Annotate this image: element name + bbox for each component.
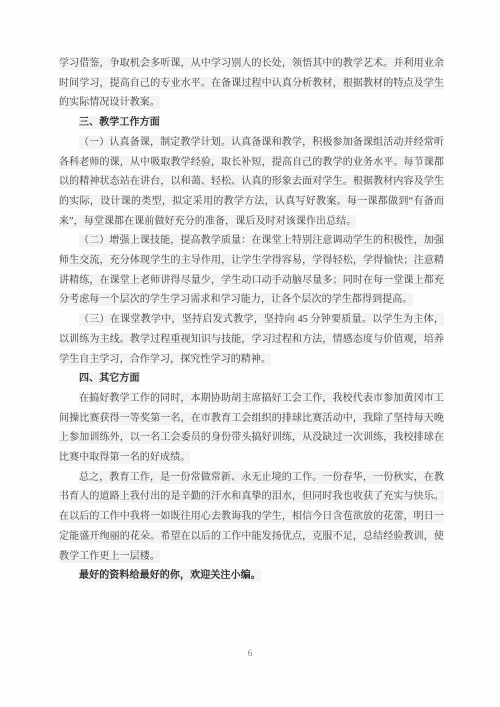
paragraph-union-work: 在搞好教学工作的同时，本期协助胡主席搞好工会工作，我校代表市参加黄冈市工间操比赛…: [59, 389, 444, 468]
paragraph-text: 在搞好教学工作的同时，本期协助胡主席搞好工会工作，我校代表市参加黄冈市工间操比赛…: [59, 392, 444, 464]
paragraph-item-2-teaching-skills: （二）增强上课技能，提高教学质量：在课堂上特别注意调动学生的积极性，加强师生交流…: [59, 231, 444, 310]
section-heading-teaching-work: 三、教学工作方面: [59, 113, 444, 133]
paragraph-continuation: 学习借鉴，争取机会多听课，从中学习别人的长处，领悟其中的教学艺术。并利用业余时间…: [59, 54, 444, 113]
paragraph-closing-note: 最好的资料给最好的你，欢迎关注小编。: [59, 566, 444, 586]
paragraph-item-1-prepare-lessons: （一）认真备课，制定教学计划。认真备课和教学，积极参加备课组活动并经常听各科老师…: [59, 133, 444, 232]
paragraph-text: （一）认真备课，制定教学计划。认真备课和教学，积极参加备课组活动并经常听各科老师…: [59, 136, 444, 228]
heading-text: 四、其它方面: [79, 372, 140, 385]
page-number: 6: [0, 648, 500, 658]
paragraph-item-3-classroom-teaching: （三）在课堂教学中，坚持启发式教学，坚持向 45 分钟要质量。以学生为主体，以训…: [59, 310, 444, 369]
paragraph-text: （三）在课堂教学中，坚持启发式教学，坚持向 45 分钟要质量。以学生为主体，以训…: [59, 313, 444, 365]
document-body: 学习借鉴，争取机会多听课，从中学习别人的长处，领悟其中的教学艺术。并利用业余时间…: [59, 54, 444, 586]
paragraph-summary: 总之，教育工作，是一份常做常新、永无止境的工作。一份春华，一份秋实，在教书育人的…: [59, 468, 444, 567]
paragraph-text: 最好的资料给最好的你，欢迎关注小编。: [79, 569, 261, 582]
paragraph-text: 总之，教育工作，是一份常做常新、永无止境的工作。一份春华，一份秋实，在教书育人的…: [59, 471, 444, 563]
heading-text: 三、教学工作方面: [79, 116, 160, 129]
paragraph-text: （二）增强上课技能，提高教学质量：在课堂上特别注意调动学生的积极性，加强师生交流…: [59, 234, 444, 306]
paragraph-text: 学习借鉴，争取机会多听课，从中学习别人的长处，领悟其中的教学艺术。并利用业余时间…: [59, 57, 444, 109]
document-page: 学习借鉴，争取机会多听课，从中学习别人的长处，领悟其中的教学艺术。并利用业余时间…: [0, 0, 500, 707]
section-heading-other-aspects: 四、其它方面: [59, 369, 444, 389]
